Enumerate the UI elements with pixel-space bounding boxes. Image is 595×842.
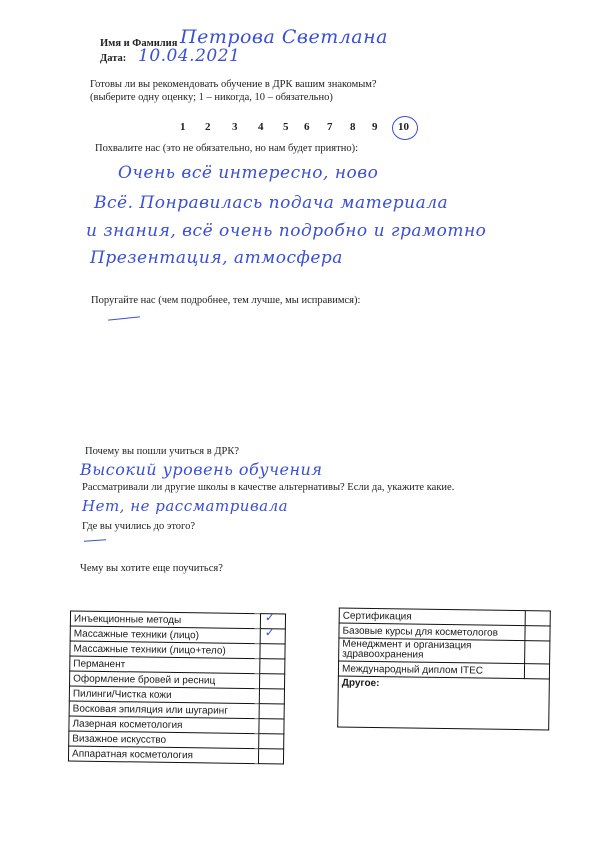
course-left-checkbox[interactable]	[259, 674, 284, 689]
course-left-row: Аппаратная косметология	[68, 746, 283, 764]
other-row: Другое:	[338, 676, 550, 730]
scale-option-1[interactable]: 1	[180, 121, 186, 133]
check-mark-icon: ✓	[265, 626, 275, 639]
course-right-label: Менеджмент и организация здравоохранения	[339, 638, 525, 664]
course-left-checkbox[interactable]	[259, 689, 284, 704]
course-left-checkbox[interactable]: ✓	[260, 629, 285, 644]
previous-label: Где вы учились до этого?	[82, 521, 195, 532]
scale-option-5[interactable]: 5	[283, 121, 289, 133]
alternatives-answer[interactable]: Нет, не рассматривала	[82, 497, 288, 515]
praise-answer-line-4[interactable]: Презентация, атмосфера	[90, 248, 343, 268]
course-left-checkbox[interactable]	[258, 749, 283, 764]
criticize-label: Поругайте нас (чем подробнее, тем лучше,…	[91, 295, 360, 306]
scale-option-7[interactable]: 7	[327, 121, 333, 133]
criticize-answer-dash[interactable]	[108, 316, 140, 320]
courses-left-table: Инъекционные методы✓Массажные техники (л…	[68, 610, 286, 764]
praise-answer-line-2[interactable]: Всё. Понравилась подача материала	[94, 193, 448, 213]
want-label: Чему вы хотите еще поучиться?	[80, 563, 223, 574]
course-right-checkbox[interactable]	[525, 611, 550, 626]
course-left-checkbox[interactable]	[260, 659, 285, 674]
scale-option-2[interactable]: 2	[205, 121, 211, 133]
scale-option-8[interactable]: 8	[350, 121, 356, 133]
date-value[interactable]: 10.04.2021	[138, 46, 240, 66]
course-right-checkbox[interactable]	[524, 664, 549, 679]
praise-label: Похвалите нас (это не обязательно, но на…	[95, 143, 358, 154]
course-left-checkbox[interactable]	[259, 734, 284, 749]
scale-option-6[interactable]: 6	[304, 121, 310, 133]
course-right-row: Менеджмент и организация здравоохранения	[339, 638, 550, 664]
courses-right-table: СертификацияБазовые курсы для косметолог…	[337, 608, 551, 731]
selected-rating-circle	[392, 116, 418, 140]
course-right-checkbox[interactable]	[525, 626, 550, 641]
praise-answer-line-1[interactable]: Очень всё интересно, ново	[118, 163, 378, 183]
date-label: Дата:	[100, 53, 126, 64]
alternatives-label: Рассматривали ли другие школы в качестве…	[82, 482, 454, 493]
scale-option-4[interactable]: 4	[258, 121, 264, 133]
course-left-checkbox[interactable]	[259, 704, 284, 719]
scale-option-3[interactable]: 3	[232, 121, 238, 133]
recommend-question-line2: (выберите одну оценку; 1 – никогда, 10 –…	[90, 92, 333, 103]
other-field[interactable]: Другое:	[338, 676, 550, 730]
previous-answer-dash[interactable]	[84, 539, 106, 542]
course-right-checkbox[interactable]	[525, 641, 550, 664]
course-left-label: Аппаратная косметология	[68, 746, 258, 764]
name-value[interactable]: Петрова Светлана	[180, 26, 388, 48]
course-left-checkbox[interactable]	[259, 719, 284, 734]
recommend-question-line1: Готовы ли вы рекомендовать обучение в ДР…	[90, 79, 377, 90]
scale-option-9[interactable]: 9	[372, 121, 378, 133]
praise-answer-line-3[interactable]: и знания, всё очень подробно и грамотно	[86, 221, 486, 241]
why-answer[interactable]: Высокий уровень обучения	[80, 460, 322, 479]
why-label: Почему вы пошли учиться в ДРК?	[85, 446, 239, 457]
course-left-checkbox[interactable]	[260, 644, 285, 659]
check-mark-icon: ✓	[265, 611, 275, 624]
